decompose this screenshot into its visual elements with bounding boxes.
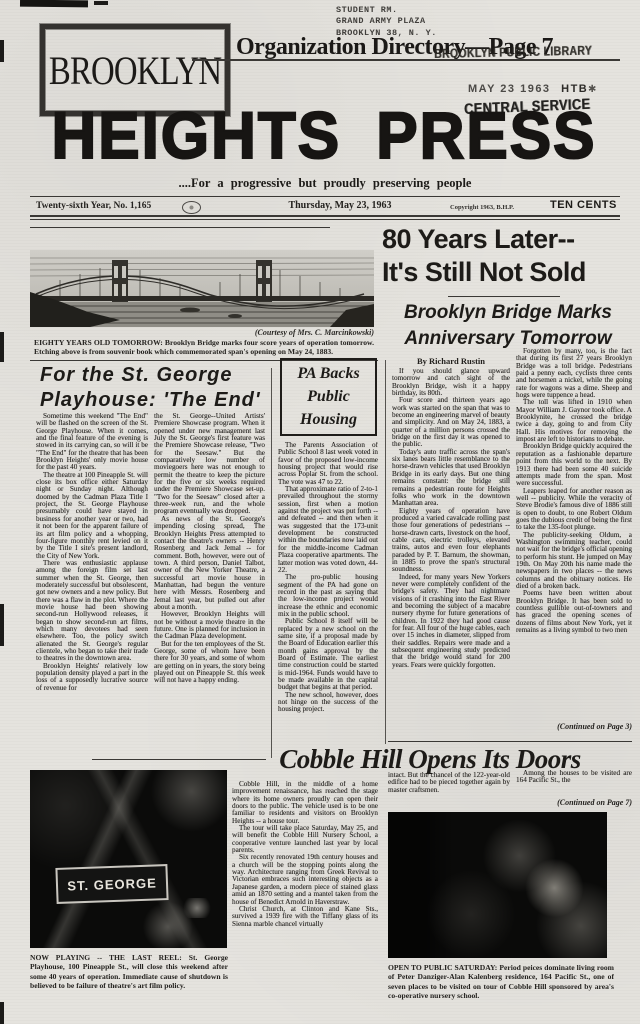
- dateline-bottom-rule-1: [30, 215, 620, 217]
- pa-housing-box: PA Backs Public Housing: [280, 358, 377, 436]
- left-section-rule: [30, 227, 330, 228]
- pa-box-line3: Housing: [282, 408, 375, 431]
- pa-column: The Parents Association of Public School…: [278, 442, 378, 742]
- cobble-column-2: intact. But the chancel of the 122-year-…: [388, 772, 510, 808]
- masthead-tagline: ....For a progressive but proudly preser…: [30, 176, 620, 191]
- stamp-star-icon: ✱: [588, 84, 596, 95]
- column-rule: [271, 368, 272, 758]
- scan-edge-mark: [0, 604, 4, 646]
- bridge-photo-courtesy: (Courtesy of Mrs. C. Marcinkowski): [150, 328, 374, 337]
- bridge-headline-line1: 80 Years Later--: [382, 224, 634, 255]
- bridge-column-1: If you should glance upward tomorrow and…: [392, 368, 510, 724]
- cobble-column-1: Cobble Hill, in the middle of a home imp…: [232, 781, 378, 995]
- stamp-line: STUDENT RM.: [336, 5, 465, 17]
- scan-mark-top-left: [20, 0, 88, 7]
- bridge-subhead-line1: Brooklyn Bridge Marks: [382, 302, 634, 324]
- bridge-subhead-rule: [448, 296, 560, 297]
- column-rule: [385, 360, 386, 744]
- newspaper-front-page: BROOKLYN PUBLIC LIBRARY STUDENT RM. GRAN…: [0, 0, 640, 1024]
- st-george-column-1: Sometime this weekend "The End" will be …: [36, 413, 148, 757]
- bridge-continued-line: (Continued on Page 3): [516, 722, 632, 731]
- pa-box-line2: Public: [282, 385, 375, 408]
- bridge-column-2: Forgotten by many, too, is the fact that…: [516, 348, 632, 720]
- bridge-headline-line2: It's Still Not Sold: [382, 257, 634, 288]
- bridge-photo-caption: EIGHTY YEARS OLD TOMORROW: Brooklyn Brid…: [34, 338, 374, 358]
- dateline-volume: Twenty-sixth Year, No. 1,165: [36, 201, 151, 211]
- cobble-column-3: Among the houses to be visited are 164 P…: [516, 770, 632, 794]
- st-george-column-2: the St. George--United Artists' Premiere…: [154, 413, 265, 757]
- dateline-bottom-rule-2: [30, 219, 620, 220]
- scan-edge-mark: [0, 1002, 4, 1024]
- brooklyn-logo-text: BROOKLYN: [49, 47, 221, 94]
- stamp-line: BROOKLYN PUBLIC LIBRARY: [336, 0, 465, 5]
- cobble-top-rule: [388, 741, 632, 742]
- library-date-stamp: MAY 23 1963 HTB: [468, 83, 588, 95]
- scan-edge-mark: [0, 332, 4, 362]
- st-george-theatre-photo: ST. GEORGE: [30, 770, 227, 948]
- bridge-subhead-line2: Anniversary Tomorrow: [382, 328, 634, 350]
- scan-edge-mark: [0, 40, 4, 62]
- dateline-copyright: Copyright 1963, B.H.P.: [450, 204, 514, 211]
- st-george-photo-caption: NOW PLAYING -- THE LAST REEL: St. George…: [30, 953, 228, 1003]
- bridge-byline: By Richard Rustin: [392, 356, 510, 366]
- dateline-top-rule: [30, 196, 620, 197]
- union-bug-icon: [182, 201, 201, 214]
- scan-mark-top-left-2: [94, 1, 108, 5]
- pa-box-line1: PA Backs: [282, 362, 375, 385]
- photo-highlight: [180, 898, 214, 918]
- cobble-continued-line: (Continued on Page 7): [516, 798, 632, 807]
- dateline-date: Thursday, May 23, 1963: [260, 200, 420, 211]
- masthead-title: HEIGHTS PRESS: [24, 98, 624, 176]
- st-george-marquee-sign: ST. GEORGE: [55, 864, 168, 904]
- st-george-headline-line1: For the St. George: [40, 364, 232, 387]
- st-george-marquee-text: ST. GEORGE: [67, 875, 157, 893]
- bridge-etching-graphic: [30, 250, 374, 327]
- date-stamp-code: HTB: [561, 83, 588, 95]
- date-stamp-text: MAY 23 1963: [468, 83, 551, 95]
- stamp-line: GRAND ARMY PLAZA: [336, 16, 465, 28]
- cobble-hill-interior-photo: [388, 812, 607, 958]
- org-headline-rule: [192, 59, 620, 61]
- dateline-price: TEN CENTS: [550, 199, 617, 211]
- st-george-headline-line2: Playhouse: 'The End': [40, 389, 261, 412]
- bridge-etching-photo: [30, 250, 374, 327]
- cobble-photo-caption: OPEN TO PUBLIC SATURDAY: Period peices d…: [388, 963, 614, 1003]
